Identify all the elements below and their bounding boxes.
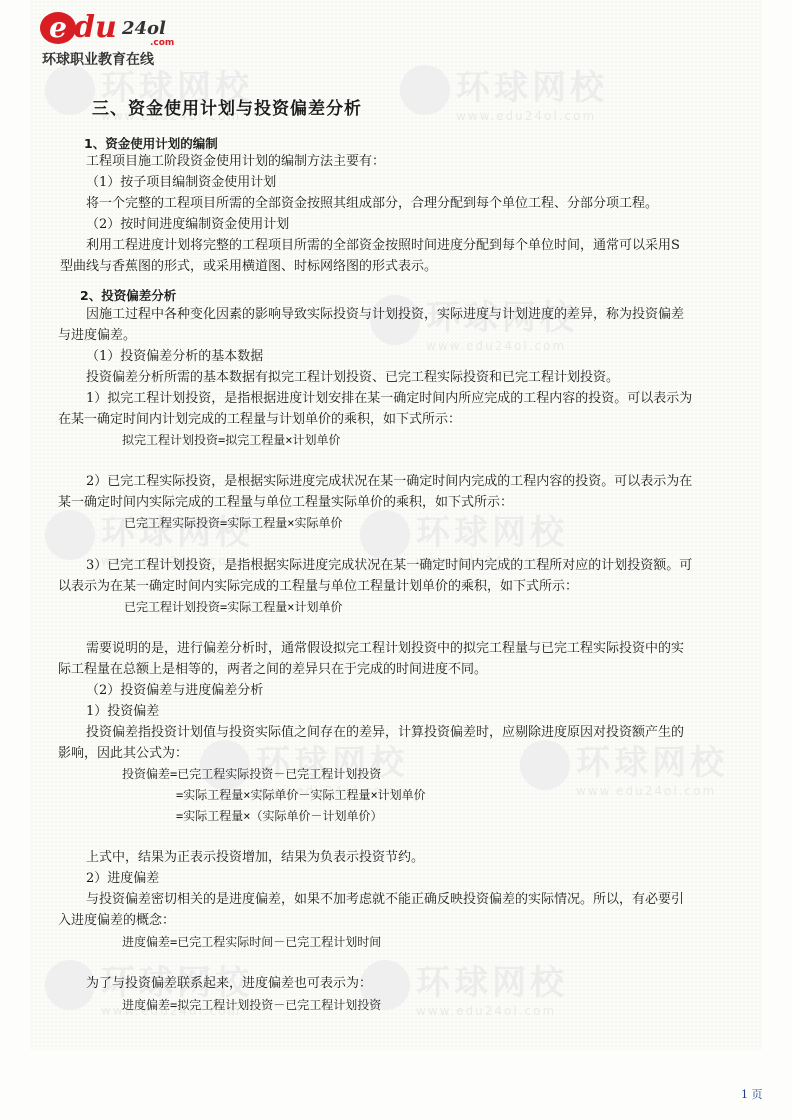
section-heading: 2、投资偏差分析 (80, 287, 176, 305)
paragraph-line: 与投资偏差密切相关的是进度偏差，如果不加考虑就不能正确反映投资偏差的实际情况。所… (86, 891, 684, 909)
paragraph-line: 投资偏差指投资计划值与投资实际值之间存在的差异，计算投资偏差时，应剔除进度原因对… (86, 724, 684, 742)
paragraph-line: 上式中，结果为正表示投资增加，结果为负表示投资节约。 (86, 849, 424, 867)
formula: =实际工程量×实际单价－实际工程量×计划单价 (176, 786, 426, 804)
watermark-logo-icon (400, 65, 450, 115)
watermark: 环球网校www.edu24ol.com (400, 60, 608, 123)
paragraph-line: 为了与投资偏差联系起来，进度偏差也可表示为： (86, 975, 372, 993)
page-title: 三、资金使用计划与投资偏差分析 (92, 100, 362, 118)
paragraph-line: 入进度偏差的概念： (58, 912, 175, 930)
formula: 拟完工程计划投资=拟完工程量×计划单价 (122, 431, 340, 449)
paragraph-line: 1）拟完工程计划投资，是指根据进度计划安排在某一确定时间内所应完成的工程内容的投… (86, 390, 692, 408)
paragraph-line: （1）按子项目编制资金使用计划 (86, 174, 276, 192)
edu24ol-logo: e du 24ol .com 环球职业教育在线 (40, 12, 180, 68)
formula: 已完工程实际投资=实际工程量×实际单价 (124, 514, 342, 532)
paragraph-line: 2）进度偏差 (86, 870, 159, 888)
watermark: 环球网校www.edu24ol.com (520, 735, 728, 798)
paragraph-line: 3）已完工程计划投资，是指根据实际进度完成状况在某一确定时间内完成的工程所对应的… (86, 557, 692, 575)
watermark: 环球网校www.edu24ol.com (360, 955, 568, 1018)
watermark-logo-icon (360, 510, 410, 560)
paragraph-line: 1）投资偏差 (86, 703, 159, 721)
paragraph-line: 与进度偏差。 (58, 327, 136, 345)
watermark-logo-icon (45, 510, 95, 560)
paragraph-line: 某一确定时间内实际完成的工程量与单位工程量实际单价的乘积，如下式所示： (58, 494, 513, 512)
watermark-logo-icon (520, 740, 570, 790)
formula: 进度偏差=已完工程实际时间－已完工程计划时间 (122, 933, 381, 951)
paragraph-line: 将一个完整的工程项目所需的全部资金按照其组成部分，合理分配到每个单位工程、分部分… (86, 195, 658, 213)
formula: 投资偏差=已完工程实际投资－已完工程计划投资 (122, 765, 381, 783)
formula: 已完工程计划投资=实际工程量×计划单价 (124, 598, 342, 616)
logo-tagline: 环球职业教育在线 (42, 49, 154, 69)
paragraph-line: 因施工过程中各种变化因素的影响导致实际投资与计划投资，实际进度与计划进度的差异，… (86, 306, 684, 324)
page-number: 1 页 (741, 1086, 763, 1102)
paragraph-line: 工程项目施工阶段资金使用计划的编制方法主要有： (86, 153, 385, 171)
paragraph-line: 2）已完工程实际投资，是根据实际进度完成状况在某一确定时间内完成的工程内容的投资… (86, 473, 692, 491)
logo-24ol: 24ol (122, 18, 166, 39)
paragraph-line: 以表示为在某一确定时间内实际完成的工程量与单位工程量计划单价的乘积，如下式所示： (58, 578, 578, 596)
logo-e-mark: e (40, 12, 76, 44)
section-heading: 1、资金使用计划的编制 (84, 135, 218, 153)
formula: =实际工程量×（实际单价－计划单价） (176, 807, 382, 825)
logo-com: .com (150, 38, 174, 48)
paragraph-line: （1）投资偏差分析的基本数据 (86, 348, 263, 366)
logo-du: du (74, 10, 117, 45)
paragraph-line: 利用工程进度计划将完整的工程项目所需的全部资金按照时间进度分配到每个单位时间，通… (86, 237, 680, 255)
watermark-logo-icon (45, 65, 95, 115)
paragraph-line: 影响，因此其公式为： (58, 745, 188, 763)
paragraph-line: （2）按时间进度编制资金使用计划 (86, 216, 289, 234)
paragraph-line: 型曲线与香蕉图的形式，或采用横道图、时标网络图的形式表示。 (60, 258, 437, 276)
formula: 进度偏差=拟完工程计划投资－已完工程计划投资 (122, 996, 381, 1014)
paragraph-line: 投资偏差分析所需的基本数据有拟完工程计划投资、已完工程实际投资和已完工程计划投资… (86, 369, 619, 387)
paragraph-line: 际工程量在总额上是相等的，两者之间的差异只在于完成的时间进度不同。 (58, 661, 487, 679)
paragraph-line: 需要说明的是，进行偏差分析时，通常假设拟完工程计划投资中的拟完工程量与已完工程实… (86, 640, 684, 658)
paragraph-line: （2）投资偏差与进度偏差分析 (86, 682, 263, 700)
paragraph-line: 在某一确定时间内计划完成的工程量与计划单价的乘积，如下式所示： (58, 411, 461, 429)
